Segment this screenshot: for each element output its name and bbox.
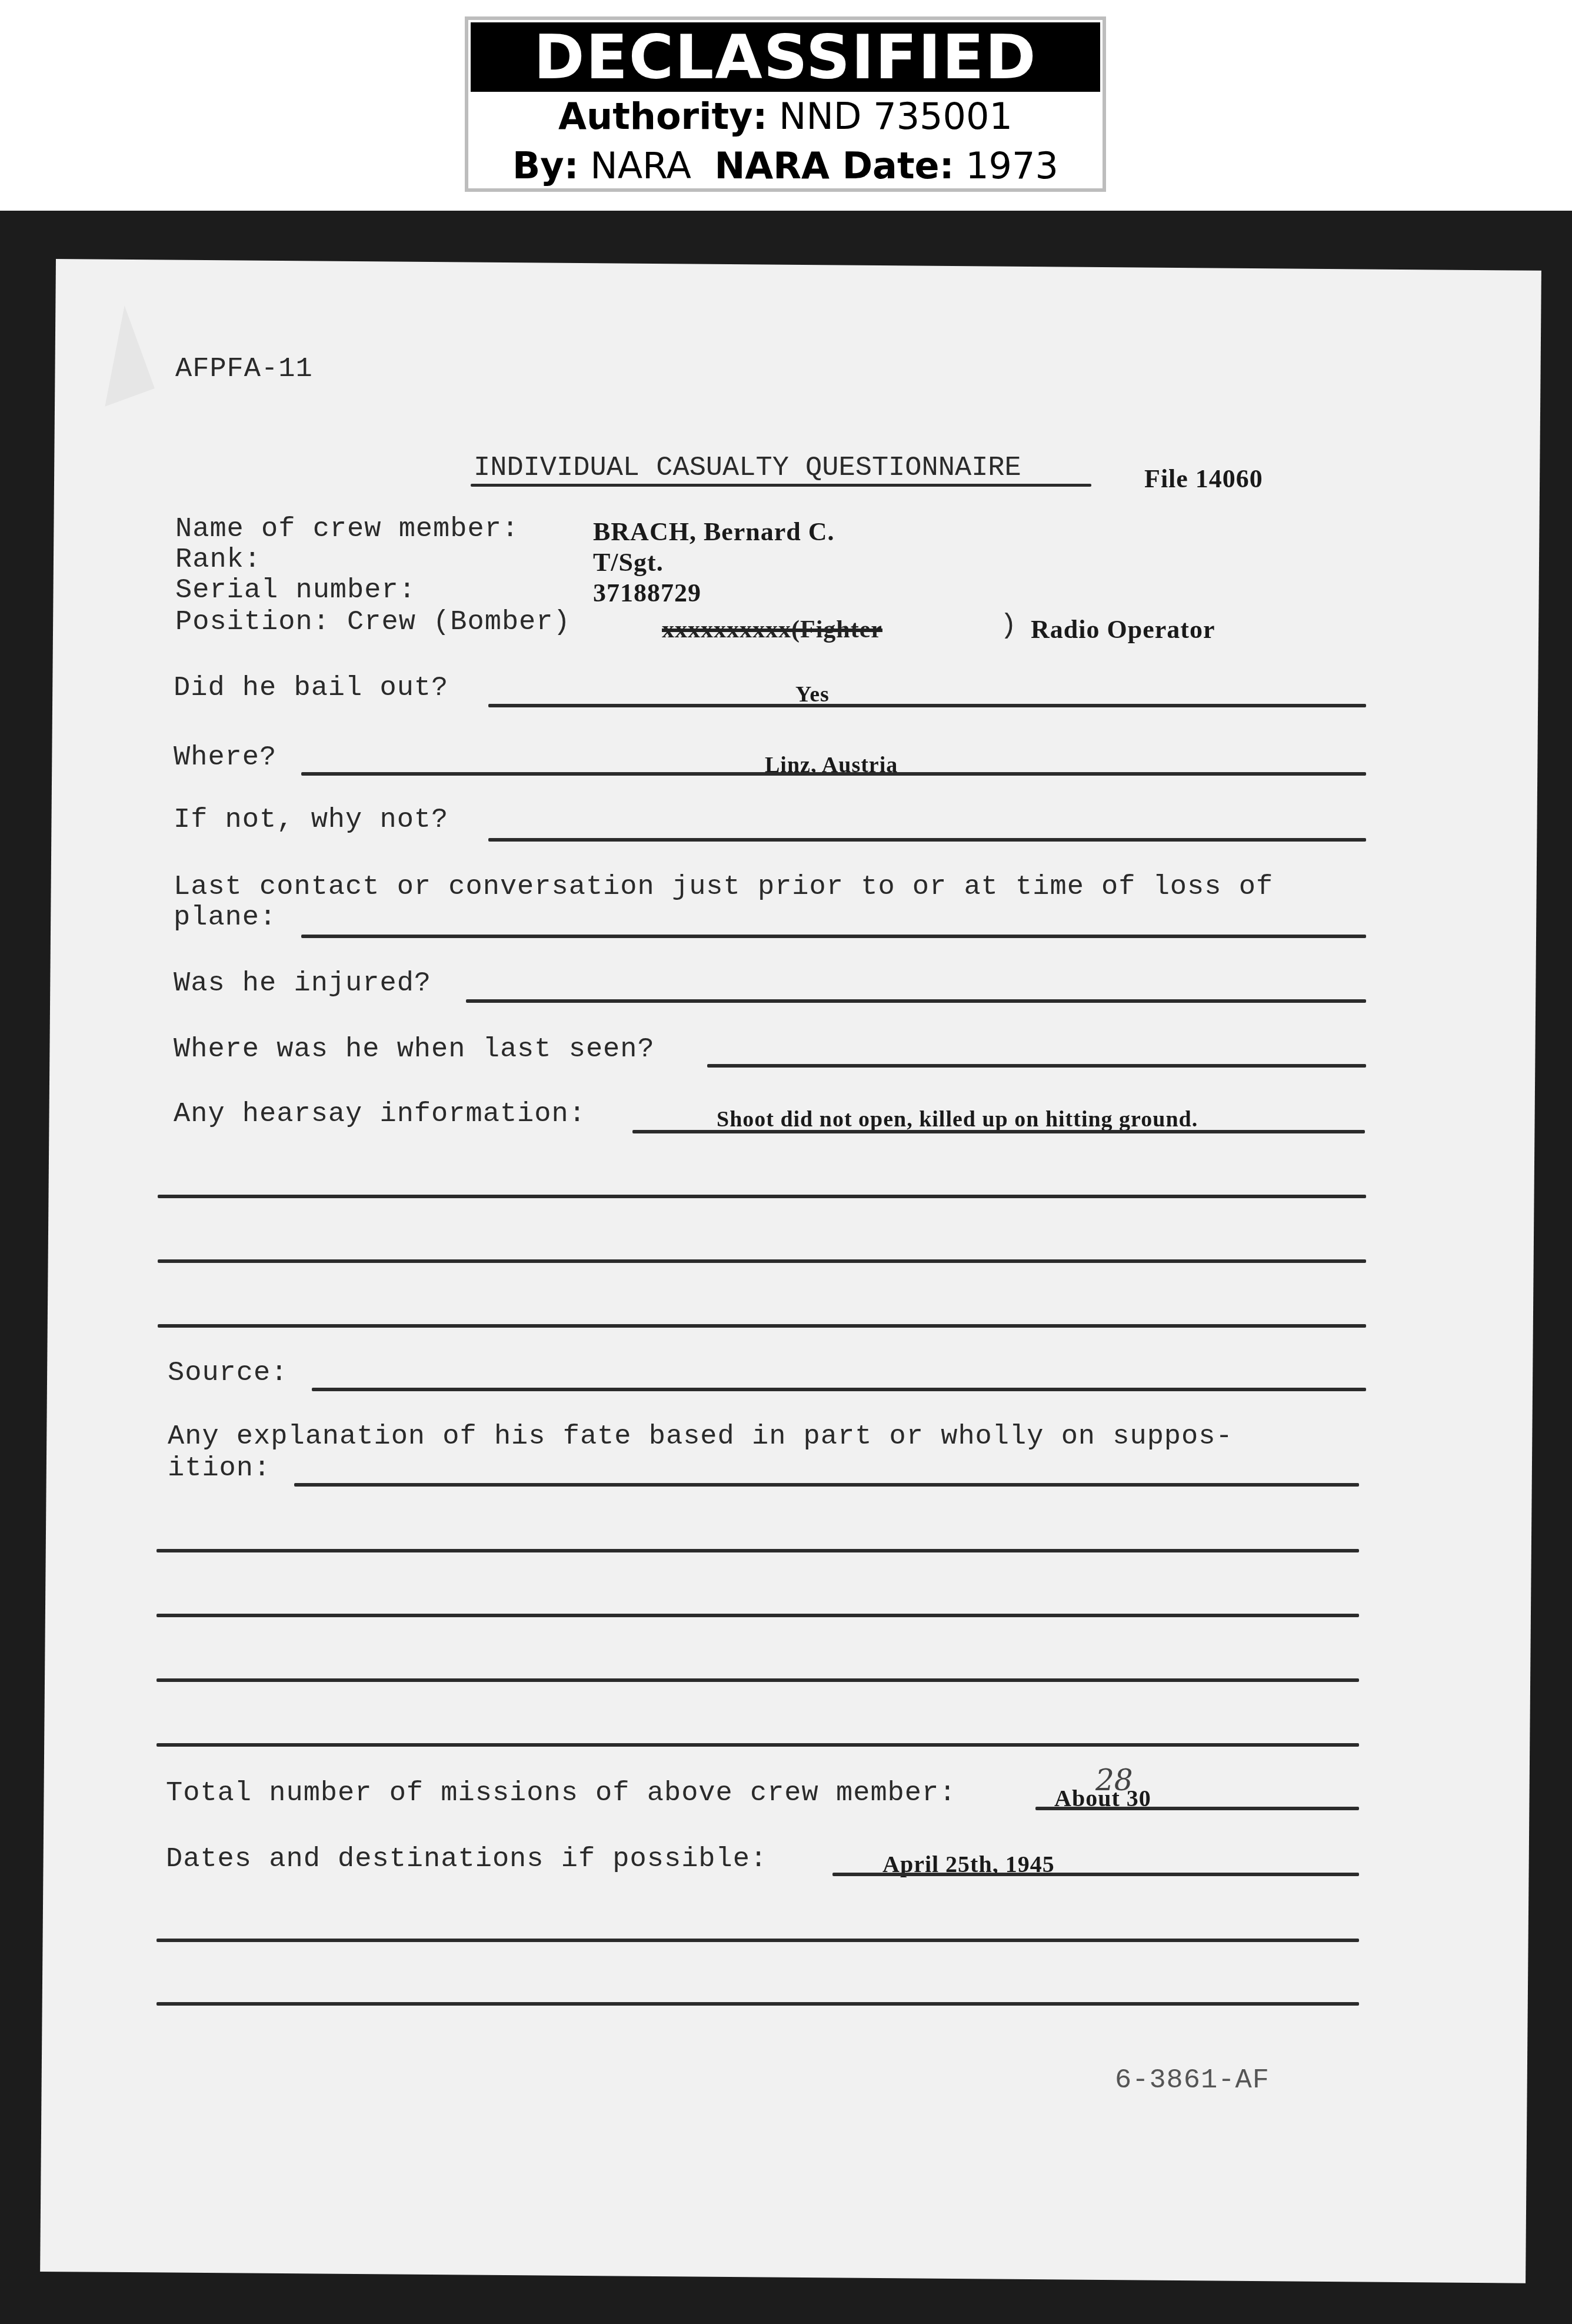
authority-label: Authority:	[558, 95, 767, 138]
name-label: Name of crew member:	[175, 513, 519, 546]
by-value: NARA	[590, 144, 691, 187]
name-value: BRACH, Bernard C.	[593, 516, 835, 548]
missions-label: Total number of missions of above crew m…	[166, 1777, 956, 1810]
why-not-label: If not, why not?	[174, 804, 448, 837]
last-contact-line	[301, 935, 1366, 938]
last-seen-label: Where was he when last seen?	[174, 1033, 655, 1066]
document-title: INDIVIDUAL CASUALTY QUESTIONNAIRE	[474, 452, 1021, 485]
bail-label: Did he bail out?	[174, 672, 448, 705]
last-seen-line	[707, 1064, 1366, 1068]
blank-line	[156, 2002, 1359, 2006]
source-label: Source:	[168, 1357, 288, 1390]
last-contact-label-cont: plane:	[174, 902, 277, 935]
where-value: Linz, Austria	[765, 749, 898, 782]
serial-label: Serial number:	[175, 574, 416, 607]
blank-line	[156, 1549, 1359, 1552]
blank-line	[156, 1939, 1359, 1942]
missions-handwritten-correction: 28	[1095, 1763, 1133, 1797]
source-line	[312, 1388, 1366, 1391]
blank-line	[156, 1743, 1359, 1747]
blank-line	[158, 1259, 1366, 1263]
position-paren: )	[1000, 610, 1017, 643]
stamp-by-date: By: NARA NARA Date: 1973	[468, 141, 1103, 191]
injured-label: Was he injured?	[174, 967, 431, 1000]
explanation-line	[294, 1483, 1359, 1487]
title-underline	[471, 484, 1091, 487]
date-label: NARA Date:	[714, 144, 954, 187]
file-number: File 14060	[1144, 463, 1263, 496]
rank-value: T/Sgt.	[593, 546, 664, 579]
serial-value: 37188729	[593, 577, 701, 610]
position-value: Radio Operator	[1031, 613, 1215, 646]
blank-line	[158, 1195, 1366, 1198]
hearsay-line	[632, 1130, 1365, 1133]
blank-line	[156, 1614, 1359, 1617]
position-label: Position: Crew (Bomber)	[175, 606, 571, 639]
where-line	[301, 772, 1366, 776]
bail-line	[488, 704, 1366, 707]
position-struck-text: xxxxxxxxxx(Fighter	[662, 613, 882, 646]
explanation-label-cont: ition:	[168, 1452, 271, 1485]
rank-label: Rank:	[175, 544, 261, 577]
declassified-stamp: DECLASSIFIED Authority: NND 735001 By: N…	[465, 16, 1106, 192]
stamp-heading: DECLASSIFIED	[471, 22, 1100, 92]
by-label: By:	[512, 144, 578, 187]
explanation-label: Any explanation of his fate based in par…	[168, 1421, 1233, 1454]
dates-line	[832, 1873, 1359, 1876]
blank-line	[156, 1678, 1359, 1682]
authority-value: NND 735001	[779, 95, 1013, 138]
form-code: AFPFA-11	[175, 353, 313, 386]
injured-line	[466, 999, 1366, 1003]
why-not-line	[488, 838, 1366, 842]
footer-code: 6-3861-AF	[1115, 2064, 1270, 2097]
hearsay-label: Any hearsay information:	[174, 1098, 586, 1131]
missions-line	[1035, 1807, 1359, 1810]
blank-line	[158, 1324, 1366, 1328]
document-page	[40, 259, 1541, 2283]
last-contact-label: Last contact or conversation just prior …	[174, 871, 1273, 904]
stamp-authority: Authority: NND 735001	[468, 92, 1103, 141]
dates-label: Dates and destinations if possible:	[166, 1843, 767, 1876]
where-label: Where?	[174, 742, 277, 774]
date-value: 1973	[965, 144, 1058, 187]
